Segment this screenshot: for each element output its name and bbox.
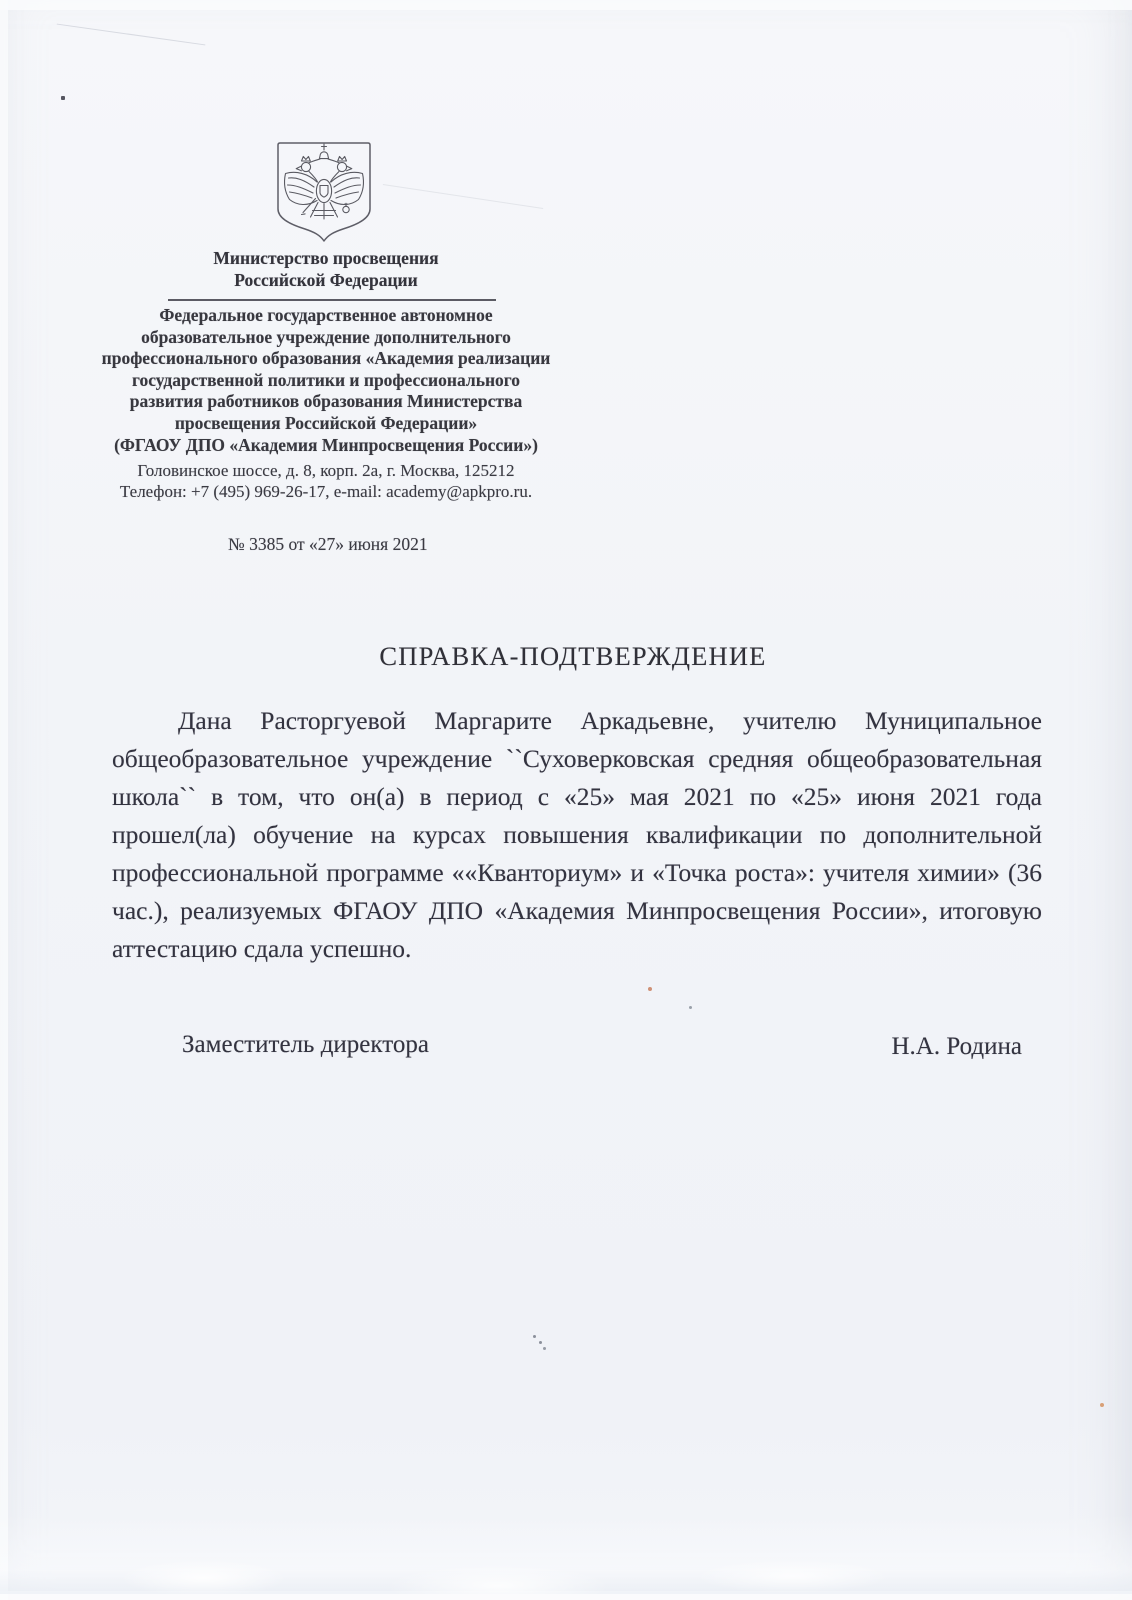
russia-coat-of-arms-icon: [270, 139, 378, 245]
letterhead-divider: [168, 299, 496, 301]
scan-speck: [539, 1341, 542, 1344]
scan-speck: [689, 1006, 692, 1009]
scan-speck: [61, 96, 65, 100]
scan-speck: [1100, 1403, 1104, 1407]
paper-crease: [57, 24, 206, 46]
organization-name-block: Федеральное государственное автономное о…: [97, 305, 555, 456]
scan-edge-bottom: [0, 1591, 1132, 1600]
scanned-document-page: Министерство просвещения Российской Феде…: [0, 0, 1132, 1600]
signatory-name: Н.А. Родина: [892, 1033, 1023, 1061]
paper-crease: [383, 184, 543, 209]
paper-crumple-shadow: [0, 1514, 1132, 1594]
ministry-line1: Министерство просвещения: [100, 247, 552, 269]
ministry-name-block: Министерство просвещения Российской Феде…: [100, 247, 552, 291]
scan-edge-top: [0, 0, 1132, 10]
document-number: № 3385 от «27» июня 2021: [228, 534, 428, 555]
phone-email-line: Телефон: +7 (495) 969-26-17, e-mail: aca…: [97, 481, 555, 502]
scan-speck: [648, 987, 652, 991]
scan-edge-left: [0, 0, 8, 1600]
organization-short-name: (ФГАОУ ДПО «Академия Минпросвещения Росс…: [97, 435, 555, 457]
document-body: Дана Расторгуевой Маргарите Аркадьевне, …: [112, 702, 1042, 968]
scan-speck: [533, 1335, 536, 1338]
document-title: СПРАВКА-ПОДТВЕРЖДЕНИЕ: [14, 641, 1132, 672]
scan-speck: [543, 1347, 546, 1350]
ministry-line2: Российской Федерации: [100, 269, 552, 291]
signatory-position: Заместитель директора: [182, 1031, 429, 1059]
contact-block: Головинское шоссе, д. 8, корп. 2а, г. Мо…: [97, 460, 555, 502]
address-line: Головинское шоссе, д. 8, корп. 2а, г. Мо…: [97, 460, 555, 481]
organization-full-name: Федеральное государственное автономное о…: [97, 305, 555, 435]
